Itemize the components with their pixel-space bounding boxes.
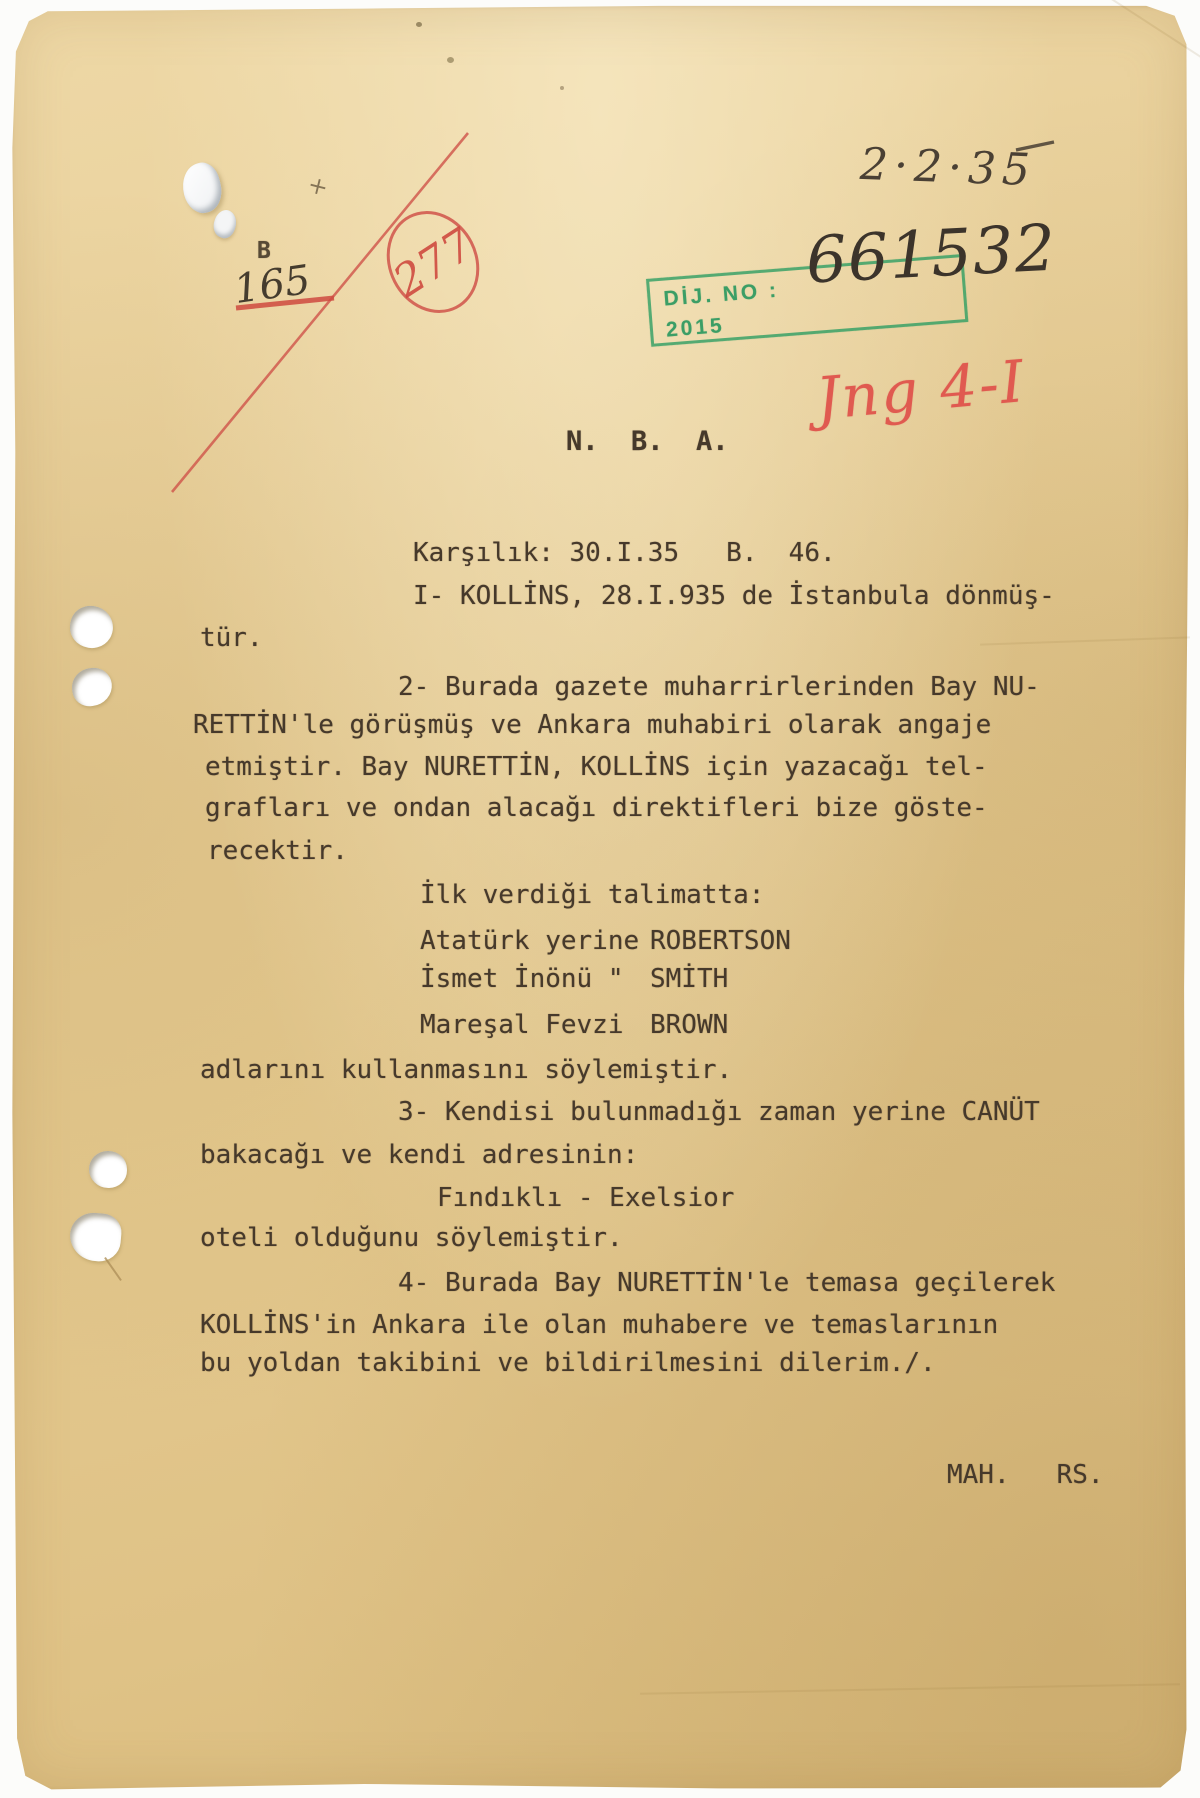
body-line: 4- Burada Bay NURETTİN'le temasa geçiler…: [398, 1268, 1055, 1298]
body-line: tür.: [200, 623, 263, 653]
body-line: Karşılık: 30.I.35 B. 46.: [413, 538, 836, 568]
ink-speck: [447, 57, 454, 63]
body-line: İlk verdiği talimatta:: [420, 880, 764, 910]
body-line: bakacağı ve kendi adresinin:: [200, 1140, 638, 1170]
stamp-label: DİJ. NO :: [663, 279, 780, 312]
body-line: recektir.: [207, 836, 348, 866]
body-line: grafları ve ondan alacağı direktifleri b…: [205, 793, 988, 823]
body-line: 3- Kendisi bulunmadığı zaman yerine CANÜ…: [398, 1097, 1040, 1127]
body-line: adlarını kullanmasını söylemiştir.: [200, 1055, 732, 1085]
body-line: Fındıklı - Exelsior: [437, 1183, 734, 1213]
body-line: 2- Burada gazete muharrirlerinden Bay NU…: [398, 672, 1040, 702]
name-table-left: İsmet İnönü ": [420, 964, 624, 994]
punch-hole-3: [89, 1151, 127, 1188]
name-table-right: BROWN: [650, 1010, 728, 1040]
body-line: bu yoldan takibini ve bildirilmesini dil…: [200, 1348, 936, 1378]
ref-letter: B: [257, 238, 271, 264]
document-header: N. B. A.: [566, 426, 729, 457]
name-table-right: ROBERTSON: [650, 926, 791, 956]
ink-speck: [560, 86, 564, 90]
stamp-year: 2015: [665, 314, 725, 343]
name-table-left: Mareşal Fevzi: [420, 1010, 624, 1040]
scanned-document-page: 277 2·2·35 B 165 + DİJ. NO : 2015 661532…: [0, 0, 1200, 1798]
body-line: RETTİN'le görüşmüş ve Ankara muhabiri ol…: [193, 710, 991, 740]
ink-speck: [416, 22, 422, 27]
stamp-handwritten-number: 661532: [804, 212, 1058, 299]
signature: MAH. RS.: [947, 1460, 1104, 1490]
name-table-right: SMİTH: [650, 964, 728, 994]
handwritten-date: 2·2·35: [859, 139, 1037, 196]
body-line: oteli olduğunu söylemiştir.: [200, 1223, 623, 1253]
body-line: etmiştir. Bay NURETTİN, KOLLİNS için yaz…: [205, 752, 988, 782]
body-line: I- KOLLİNS, 28.I.935 de İstanbula dönmüş…: [413, 581, 1055, 611]
body-line: KOLLİNS'in Ankara ile olan muhabere ve t…: [200, 1310, 998, 1340]
name-table-left: Atatürk yerine: [420, 926, 639, 956]
